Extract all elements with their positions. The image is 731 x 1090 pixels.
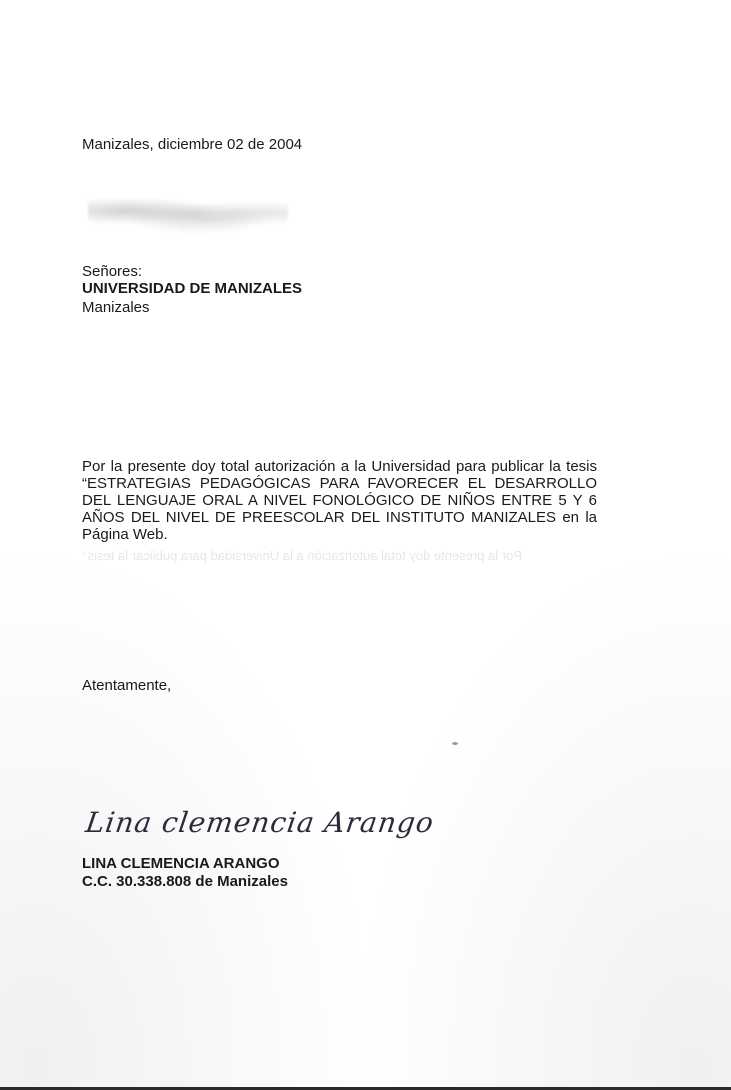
handwritten-signature: Lina clemencia Arango: [84, 806, 437, 839]
closing-line: Atentamente,: [82, 677, 171, 694]
recipient-salutation: Señores:: [82, 263, 142, 280]
faded-stamp-smudge: [88, 195, 288, 235]
scan-speck: [452, 742, 458, 745]
recipient-organization: UNIVERSIDAD DE MANIZALES: [82, 280, 302, 297]
signer-name: LINA CLEMENCIA ARANGO: [82, 855, 280, 872]
recipient-city: Manizales: [82, 299, 150, 316]
authorization-paragraph: Por la presente doy total autorización a…: [82, 458, 597, 543]
scanned-letter-page: Manizales, diciembre 02 de 2004 Señores:…: [0, 0, 731, 1090]
signer-id-line: C.C. 30.338.808 de Manizales: [82, 873, 288, 890]
bleed-through-text: Por la presente doy total autorización a…: [82, 548, 522, 608]
date-line: Manizales, diciembre 02 de 2004: [82, 136, 302, 153]
